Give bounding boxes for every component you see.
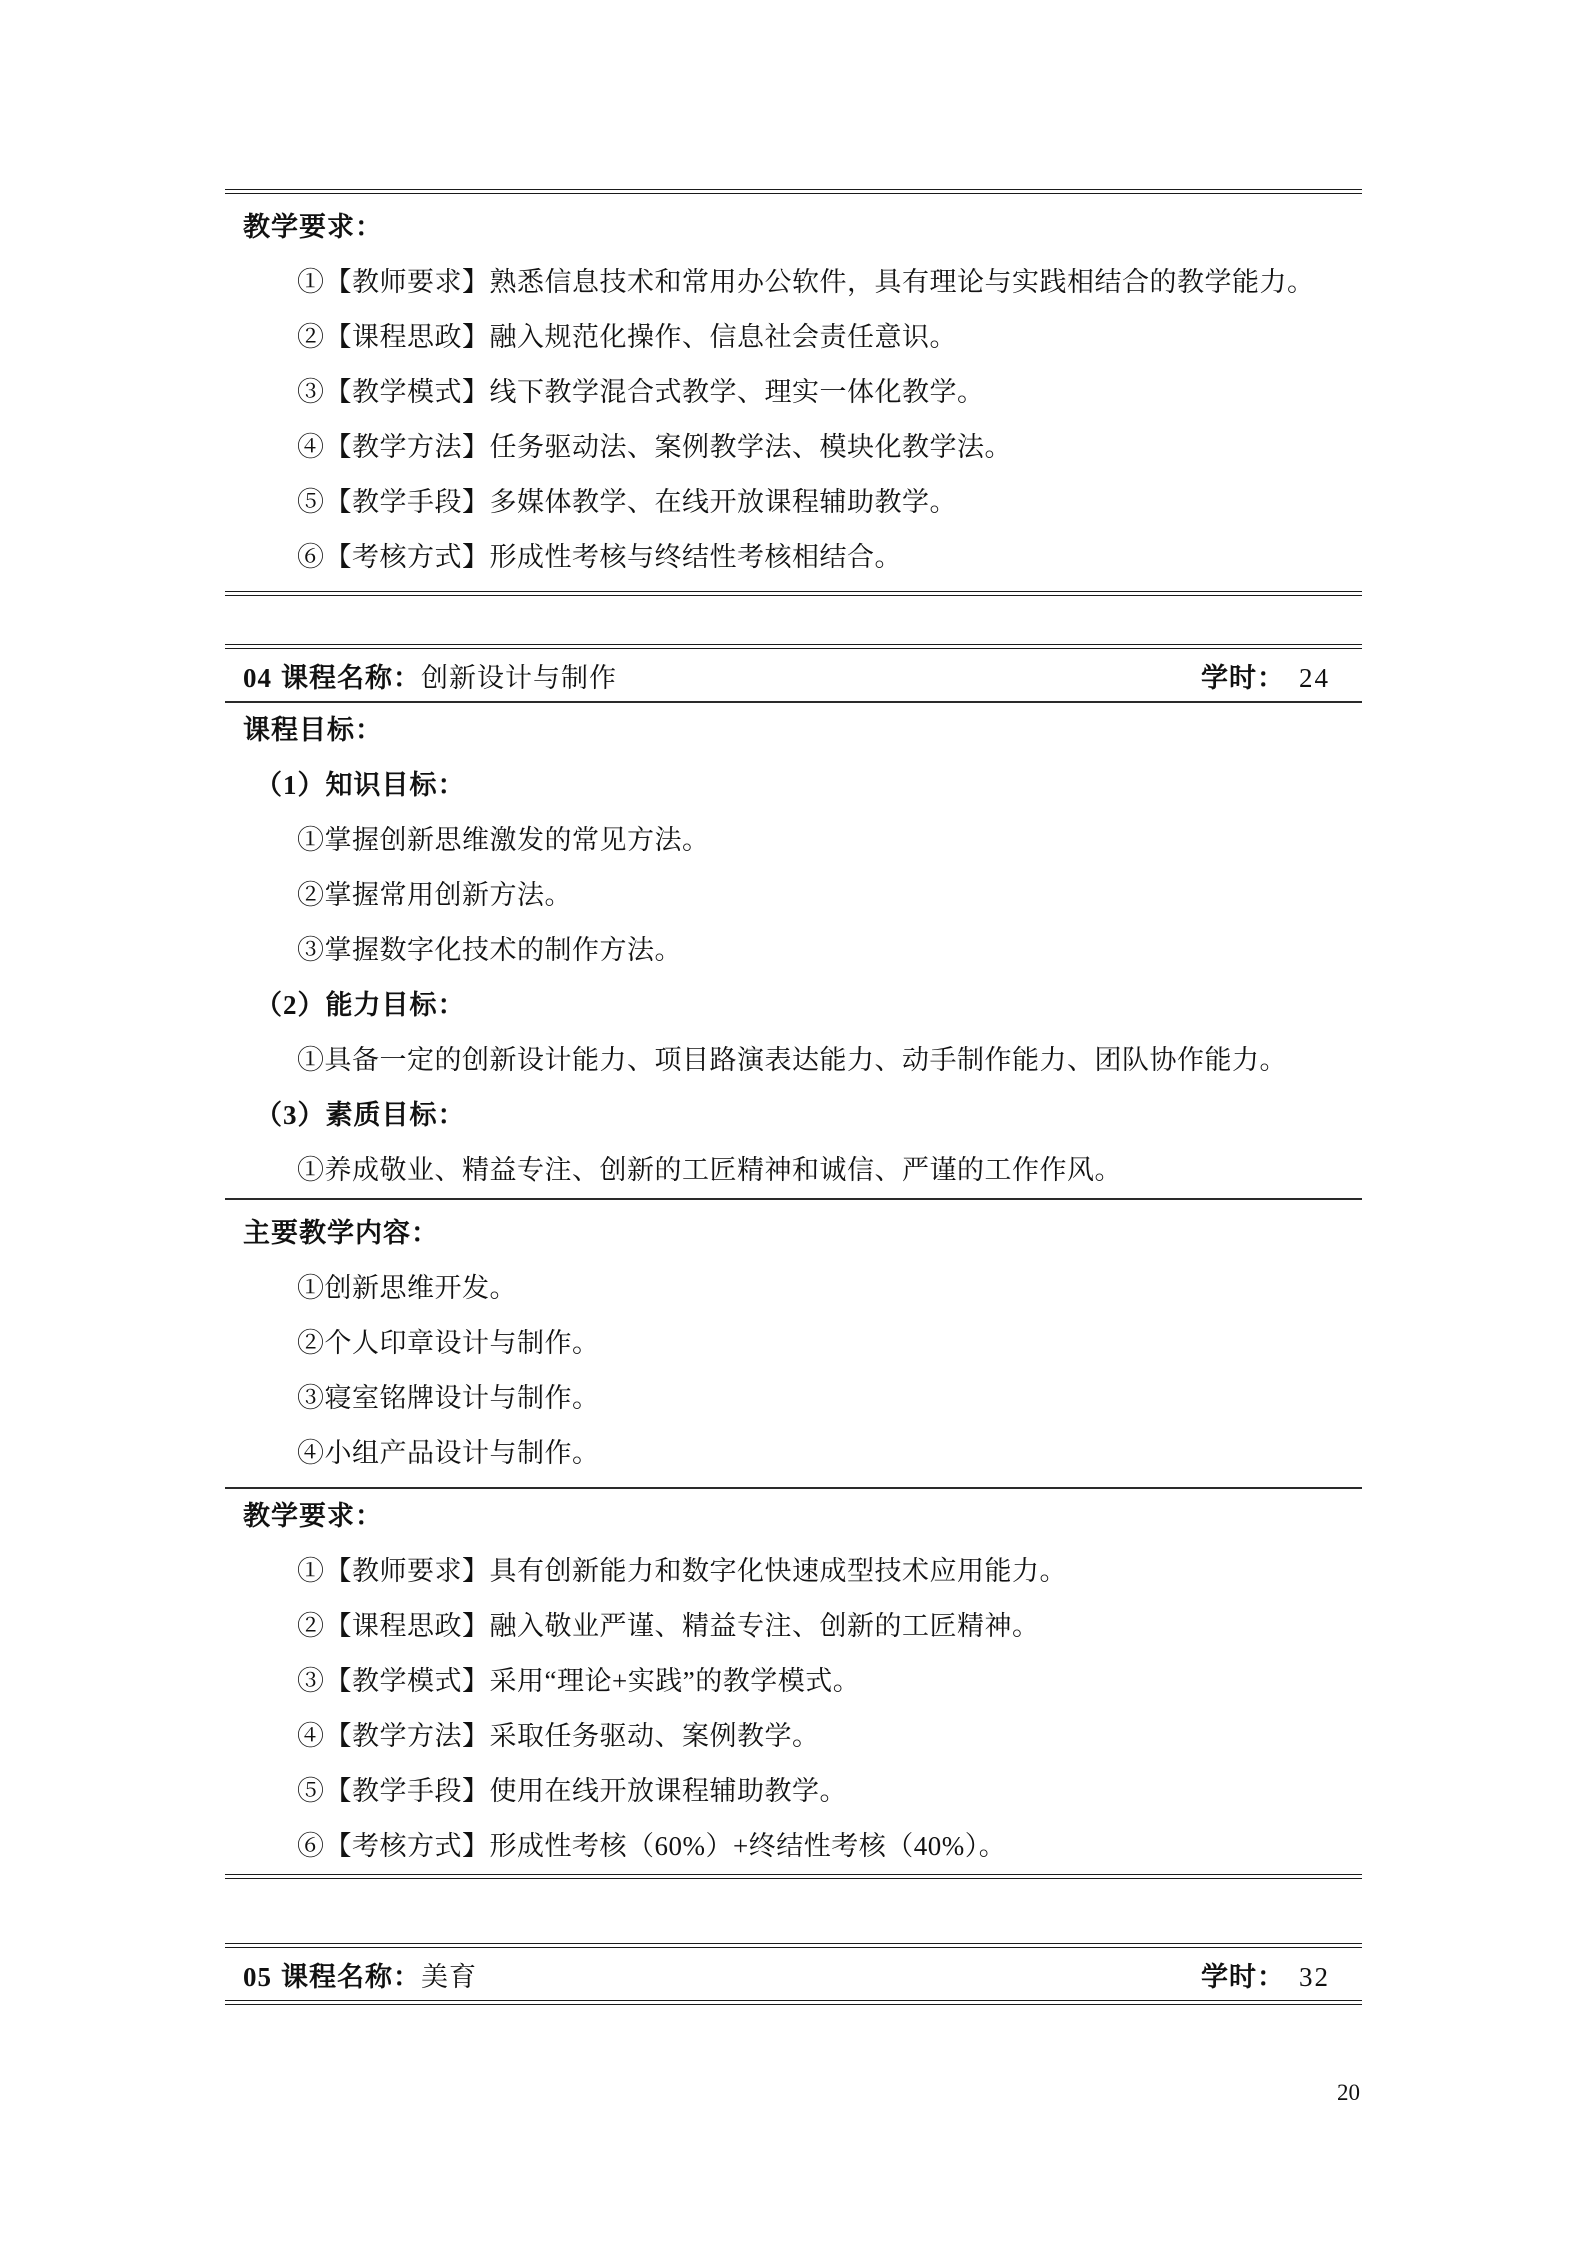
teaching-requirements-heading: 教学要求： — [225, 1489, 1362, 1544]
content-item: ③寝室铭牌设计与制作。 — [225, 1371, 1362, 1426]
requirement-item: ④【教学方法】采取任务驱动、案例教学。 — [225, 1709, 1362, 1764]
course-number: 05 — [243, 1962, 272, 1992]
requirement-item: ②【课程思政】融入规范化操作、信息社会责任意识。 — [225, 310, 1362, 365]
section-teaching-requirements-04: 教学要求： ①【教师要求】具有创新能力和数字化快速成型技术应用能力。 ②【课程思… — [225, 1489, 1362, 1874]
course05-hours: 学时：32 — [1201, 1955, 1330, 1994]
course-name-label: 课程名称： — [281, 663, 421, 693]
content-item: ④小组产品设计与制作。 — [225, 1426, 1362, 1481]
objective-item: ①具备一定的创新设计能力、项目路演表达能力、动手制作能力、团队协作能力。 — [225, 1033, 1362, 1088]
course04-title: 04课程名称：创新设计与制作 — [243, 656, 617, 695]
requirement-item: ③【教学模式】采用“理论+实践”的教学模式。 — [225, 1654, 1362, 1709]
hours-label: 学时： — [1201, 663, 1285, 693]
document-page: 教学要求： ①【教师要求】熟悉信息技术和常用办公软件，具有理论与实践相结合的教学… — [0, 0, 1587, 2245]
objective-item: ①养成敬业、精益专注、创新的工匠精神和诚信、严谨的工作作风。 — [225, 1143, 1362, 1198]
requirement-item: ④【教学方法】任务驱动法、案例教学法、模块化教学法。 — [225, 420, 1362, 475]
course-name-label: 课程名称： — [281, 1962, 421, 1992]
content-item: ①创新思维开发。 — [225, 1261, 1362, 1316]
requirement-item: ③【教学模式】线下教学混合式教学、理实一体化教学。 — [225, 365, 1362, 420]
course05-header-row: 05课程名称：美育 学时：32 — [225, 1948, 1362, 2000]
section-gap — [225, 1879, 1362, 1943]
objective-group-label: （2）能力目标： — [225, 978, 1362, 1033]
section-course-objectives: 课程目标： （1）知识目标： ①掌握创新思维激发的常见方法。 ②掌握常用创新方法… — [225, 703, 1362, 1198]
hours-label: 学时： — [1201, 1962, 1285, 1992]
course-name: 美育 — [421, 1962, 477, 1992]
course04-header-row: 04课程名称：创新设计与制作 学时：24 — [225, 649, 1362, 701]
hours-value: 24 — [1299, 663, 1330, 693]
requirement-item: ②【课程思政】融入敬业严谨、精益专注、创新的工匠精神。 — [225, 1599, 1362, 1654]
requirement-item: ⑤【教学手段】使用在线开放课程辅助教学。 — [225, 1764, 1362, 1819]
page-number: 20 — [225, 2079, 1362, 2107]
requirement-item: ⑥【考核方式】形成性考核与终结性考核相结合。 — [225, 530, 1362, 585]
course-objectives-heading: 课程目标： — [225, 703, 1362, 758]
course-number: 04 — [243, 663, 272, 693]
objective-item: ②掌握常用创新方法。 — [225, 868, 1362, 923]
course05-bottom-border — [225, 2000, 1362, 2005]
teaching-content-heading: 主要教学内容： — [225, 1206, 1362, 1261]
objective-item: ①掌握创新思维激发的常见方法。 — [225, 813, 1362, 868]
course04-hours: 学时：24 — [1201, 656, 1330, 695]
course-name: 创新设计与制作 — [421, 663, 617, 693]
objective-item: ③掌握数字化技术的制作方法。 — [225, 923, 1362, 978]
requirement-item: ①【教师要求】具有创新能力和数字化快速成型技术应用能力。 — [225, 1544, 1362, 1599]
section-teaching-requirements-prev: 教学要求： ①【教师要求】熟悉信息技术和常用办公软件，具有理论与实践相结合的教学… — [225, 194, 1362, 591]
section-teaching-content: 主要教学内容： ①创新思维开发。 ②个人印章设计与制作。 ③寝室铭牌设计与制作。… — [225, 1200, 1362, 1487]
section-gap — [225, 596, 1362, 644]
course05-title: 05课程名称：美育 — [243, 1955, 477, 1994]
requirement-item: ⑥【考核方式】形成性考核（60%）+终结性考核（40%）。 — [225, 1819, 1362, 1874]
hours-value: 32 — [1299, 1962, 1330, 1992]
objective-group-label: （3）素质目标： — [225, 1088, 1362, 1143]
objective-group-label: （1）知识目标： — [225, 758, 1362, 813]
requirement-item: ①【教师要求】熟悉信息技术和常用办公软件，具有理论与实践相结合的教学能力。 — [225, 255, 1362, 310]
requirement-item: ⑤【教学手段】多媒体教学、在线开放课程辅助教学。 — [225, 475, 1362, 530]
teaching-requirements-heading: 教学要求： — [225, 200, 1362, 255]
content-item: ②个人印章设计与制作。 — [225, 1316, 1362, 1371]
